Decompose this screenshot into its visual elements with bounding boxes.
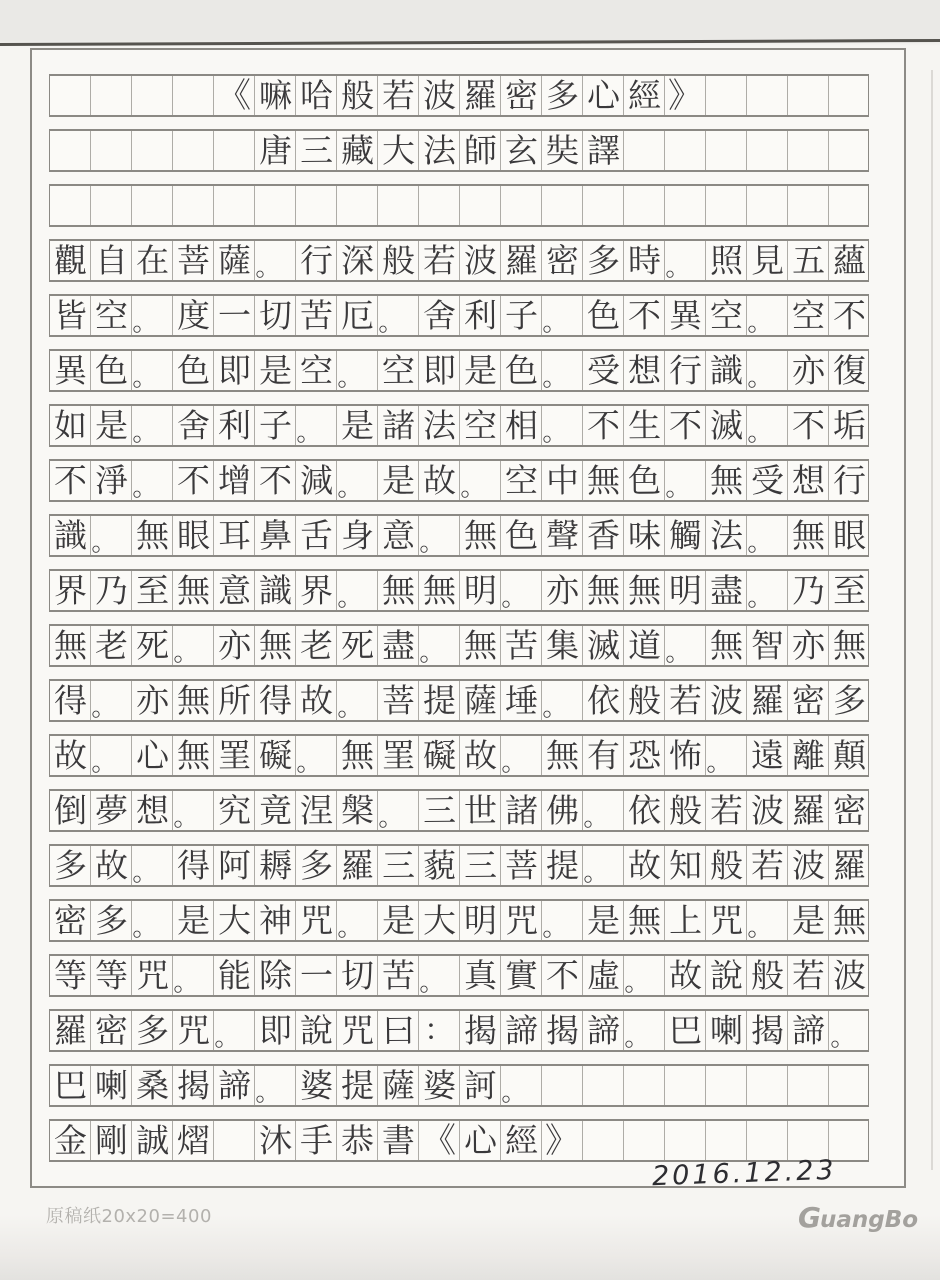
grid-cell: 密: [829, 791, 870, 830]
grid-cell: 色: [624, 461, 665, 500]
grid-cell: 《: [214, 76, 255, 115]
handwritten-char: 羅: [504, 244, 537, 277]
grid-cell: 五: [788, 241, 829, 280]
handwritten-char: 乃: [94, 574, 127, 607]
handwritten-char: 怖: [668, 739, 701, 772]
handwritten-char: 厄: [340, 299, 373, 332]
handwritten-char: 恭: [340, 1124, 373, 1157]
grid-cell: 受: [583, 351, 624, 390]
handwritten-char: 淨: [94, 464, 127, 497]
grid-cell: 。: [337, 461, 378, 500]
grid-row: 無老死。亦無老死盡。無苦集滅道。無智亦無: [49, 624, 869, 667]
handwritten-char: 恐: [627, 739, 660, 772]
handwritten-char: 若: [381, 79, 414, 112]
grid-cell: 薩: [378, 1066, 419, 1105]
handwritten-char: 熠: [176, 1124, 209, 1157]
handwritten-char: 識: [53, 519, 86, 552]
handwritten-char: 無: [833, 629, 866, 662]
handwritten-char: 死: [340, 629, 373, 662]
grid-cell: [542, 1066, 583, 1105]
handwritten-char: 般: [340, 79, 373, 112]
handwritten-char: 想: [627, 354, 660, 387]
handwritten-char: 是: [463, 354, 496, 387]
handwritten-char: 得: [53, 684, 86, 717]
grid-cell: 薩: [460, 681, 501, 720]
handwritten-char: 世: [463, 794, 496, 827]
grid-cell: 若: [665, 681, 706, 720]
handwritten-char: 無: [176, 739, 209, 772]
handwritten-char: 自: [94, 244, 127, 277]
grid-cell: 。: [132, 296, 173, 335]
grid-cell: 多: [542, 76, 583, 115]
handwritten-char: 復: [833, 354, 866, 387]
grid-cell: 得: [50, 681, 91, 720]
grid-cell: [706, 186, 747, 225]
handwritten-char: 。: [91, 695, 117, 721]
grid-cell: [132, 131, 173, 170]
handwritten-char: 羅: [791, 794, 824, 827]
handwritten-char: 亦: [791, 354, 824, 387]
handwritten-char: 切: [340, 959, 373, 992]
handwritten-char: 。: [665, 255, 691, 281]
page-top-edge-line: [0, 39, 940, 46]
handwritten-char: 波: [791, 849, 824, 882]
grid-cell: 界: [50, 571, 91, 610]
grid-cell: 無: [337, 736, 378, 775]
handwritten-char: 顛: [833, 739, 866, 772]
handwritten-char: 故: [422, 464, 455, 497]
handwritten-char: 真: [463, 959, 496, 992]
handwritten-char: 提: [422, 684, 455, 717]
grid-cell: 波: [829, 956, 870, 995]
grid-cell: 密: [788, 681, 829, 720]
handwritten-char: 界: [53, 574, 86, 607]
grid-cell: 皆: [50, 296, 91, 335]
grid-cell: 不: [173, 461, 214, 500]
grid-cell: 法: [706, 516, 747, 555]
grid-cell: 滅: [706, 406, 747, 445]
handwritten-char: 剛: [94, 1124, 127, 1157]
grid-cell: 至: [132, 571, 173, 610]
grid-cell: 無: [829, 626, 870, 665]
handwritten-char: 離: [791, 739, 824, 772]
grid-cell: 三: [378, 846, 419, 885]
grid-cell: 見: [747, 241, 788, 280]
handwritten-char: 觸: [668, 519, 701, 552]
handwritten-char: 亦: [791, 629, 824, 662]
handwritten-char: 至: [135, 574, 168, 607]
handwritten-char: 鼻: [258, 519, 291, 552]
handwritten-char: 故: [94, 849, 127, 882]
grid-cell: 想: [788, 461, 829, 500]
grid-cell: 遠: [747, 736, 788, 775]
grid-cell: [624, 1066, 665, 1105]
handwritten-char: 波: [750, 794, 783, 827]
grid-cell: 中: [542, 461, 583, 500]
handwritten-char: 不: [53, 464, 86, 497]
grid-cell: 耨: [255, 846, 296, 885]
handwritten-char: 般: [668, 794, 701, 827]
grid-cell: 無: [583, 571, 624, 610]
grid-cell: 。: [173, 791, 214, 830]
handwritten-char: 在: [135, 244, 168, 277]
handwritten-char: 。: [419, 640, 445, 666]
grid-cell: 》: [665, 76, 706, 115]
grid-cell: 薩: [214, 241, 255, 280]
handwritten-char: 識: [709, 354, 742, 387]
grid-cell: 滅: [583, 626, 624, 665]
grid-cell: 提: [337, 1066, 378, 1105]
handwritten-char: 。: [542, 365, 568, 391]
grid-cell: 罣: [214, 736, 255, 775]
grid-cell: 。: [665, 626, 706, 665]
grid-cell: ：: [419, 1011, 460, 1050]
handwritten-char: 受: [586, 354, 619, 387]
grid-cell: 色: [501, 351, 542, 390]
handwritten-char: 喇: [709, 1014, 742, 1047]
grid-cell: 羅: [50, 1011, 91, 1050]
handwritten-char: 法: [422, 134, 455, 167]
grid-cell: 若: [706, 791, 747, 830]
grid-cell: 。: [747, 296, 788, 335]
handwritten-char: 提: [545, 849, 578, 882]
grid-cell: 說: [296, 1011, 337, 1050]
handwritten-char: 訶: [463, 1069, 496, 1102]
grid-cell: 揭: [542, 1011, 583, 1050]
grid-cell: 藐: [419, 846, 460, 885]
grid-cell: 。: [296, 406, 337, 445]
grid-cell: [460, 186, 501, 225]
handwritten-char: 。: [501, 585, 527, 611]
grid-cell: 嘛: [255, 76, 296, 115]
grid-cell: 。: [337, 351, 378, 390]
grid-cell: 。: [132, 461, 173, 500]
handwritten-char: 法: [709, 519, 742, 552]
grid-cell: 。: [132, 406, 173, 445]
grid-cell: 究: [214, 791, 255, 830]
handwritten-char: 故: [463, 739, 496, 772]
handwritten-char: 手: [299, 1124, 332, 1157]
grid-cell: 等: [50, 956, 91, 995]
grid-cell: [583, 186, 624, 225]
grid-cell: 。: [542, 351, 583, 390]
handwritten-char: 色: [94, 354, 127, 387]
handwritten-char: 想: [791, 464, 824, 497]
grid-cell: 礙: [255, 736, 296, 775]
handwritten-char: 色: [586, 299, 619, 332]
grid-cell: 一: [214, 296, 255, 335]
grid-cell: 上: [665, 901, 706, 940]
handwritten-char: 羅: [750, 684, 783, 717]
grid-cell: 生: [624, 406, 665, 445]
grid-cell: 是: [460, 351, 501, 390]
grid-cell: 。: [665, 241, 706, 280]
grid-cell: 師: [460, 131, 501, 170]
grid-cell: 恭: [337, 1121, 378, 1160]
manuscript-photo: 《嘛哈般若波羅密多心經》唐三藏大法師玄奘譯觀自在菩薩。行深般若波羅密多時。照見五…: [0, 0, 940, 1280]
grid-cell: 。: [419, 516, 460, 555]
grid-cell: [255, 186, 296, 225]
grid-row: 《嘛哈般若波羅密多心經》: [49, 74, 869, 117]
handwritten-char: 。: [624, 970, 650, 996]
grid-cell: 所: [214, 681, 255, 720]
grid-cell: [214, 1121, 255, 1160]
handwritten-char: 意: [217, 574, 250, 607]
handwritten-char: 密: [94, 1014, 127, 1047]
grid-cell: 諦: [788, 1011, 829, 1050]
grid-cell: 。: [91, 736, 132, 775]
grid-cell: 味: [624, 516, 665, 555]
handwritten-char: 波: [833, 959, 866, 992]
grid-cell: 菩: [501, 846, 542, 885]
grid-cell: 蘊: [829, 241, 870, 280]
handwritten-char: 大: [217, 904, 250, 937]
grid-cell: 無: [706, 461, 747, 500]
handwritten-char: 婆: [299, 1069, 332, 1102]
handwritten-char: 。: [337, 915, 363, 941]
grid-cell: 老: [91, 626, 132, 665]
handwritten-char: 見: [750, 244, 783, 277]
handwritten-char: 異: [53, 354, 86, 387]
grid-cell: 咒: [296, 901, 337, 940]
handwritten-char: 切: [258, 299, 291, 332]
grid-cell: 手: [296, 1121, 337, 1160]
grid-cell: 色: [91, 351, 132, 390]
grid-cell: 盡: [378, 626, 419, 665]
handwritten-char: 等: [53, 959, 86, 992]
grid-cell: 耳: [214, 516, 255, 555]
grid-cell: 。: [337, 681, 378, 720]
handwritten-char: 相: [504, 409, 537, 442]
handwritten-char: 桑: [135, 1069, 168, 1102]
grid-cell: 。: [296, 736, 337, 775]
grid-row: 巴喇桑揭諦。婆提薩婆訶。: [49, 1064, 869, 1107]
grid-row: 羅密多咒。即說咒曰：揭諦揭諦。巴喇揭諦。: [49, 1009, 869, 1052]
handwritten-char: 提: [340, 1069, 373, 1102]
grid-cell: 三: [296, 131, 337, 170]
grid-cell: 桑: [132, 1066, 173, 1105]
handwritten-char: 。: [747, 915, 773, 941]
handwritten-char: 涅: [299, 794, 332, 827]
handwritten-char: 師: [463, 134, 496, 167]
grid-cell: 諦: [501, 1011, 542, 1050]
grid-cell: 婆: [296, 1066, 337, 1105]
handwritten-char: 多: [53, 849, 86, 882]
handwritten-char: 界: [299, 574, 332, 607]
grid-cell: [829, 131, 870, 170]
handwritten-char: 》: [545, 1123, 579, 1157]
grid-cell: 行: [665, 351, 706, 390]
handwritten-char: 無: [791, 519, 824, 552]
grid-cell: [747, 1066, 788, 1105]
grid-cell: 不: [542, 956, 583, 995]
grid-cell: 復: [829, 351, 870, 390]
grid-cell: 依: [624, 791, 665, 830]
handwritten-char: 經: [627, 79, 660, 112]
handwritten-char: 色: [504, 519, 537, 552]
grid-cell: 咒: [173, 1011, 214, 1050]
handwritten-char: 至: [833, 574, 866, 607]
grid-cell: 般: [378, 241, 419, 280]
grid-cell: 若: [788, 956, 829, 995]
grid-cell: 。: [501, 571, 542, 610]
grid-cell: 無: [132, 516, 173, 555]
grid-cell: 奘: [542, 131, 583, 170]
grid-cell: 。: [378, 296, 419, 335]
handwritten-char: 苦: [381, 959, 414, 992]
grid-cell: 鼻: [255, 516, 296, 555]
grid-cell: 空: [378, 351, 419, 390]
grid-cell: 依: [583, 681, 624, 720]
grid-cell: 無: [624, 901, 665, 940]
grid-cell: 不: [624, 296, 665, 335]
grid-cell: 槃: [337, 791, 378, 830]
grid-cell: 。: [419, 626, 460, 665]
handwritten-char: 諸: [381, 409, 414, 442]
handwritten-char: 無: [463, 519, 496, 552]
grid-cell: 明: [460, 571, 501, 610]
handwritten-char: 藐: [422, 849, 455, 882]
handwritten-char: 無: [176, 684, 209, 717]
handwritten-char: 密: [833, 794, 866, 827]
grid-cell: 般: [665, 791, 706, 830]
grid-cell: [296, 186, 337, 225]
handwritten-char: 意: [381, 519, 414, 552]
handwritten-char: 諦: [217, 1069, 250, 1102]
grid-cell: 是: [255, 351, 296, 390]
grid-cell: 咒: [501, 901, 542, 940]
handwritten-char: 空: [791, 299, 824, 332]
grid-cell: 。: [706, 736, 747, 775]
handwritten-char: 。: [665, 475, 691, 501]
grid-cell: 明: [460, 901, 501, 940]
grid-cell: 諸: [501, 791, 542, 830]
grid-cell: 子: [501, 296, 542, 335]
handwritten-char: 無: [627, 904, 660, 937]
handwritten-char: 多: [299, 849, 332, 882]
handwritten-char: 唐: [258, 134, 291, 167]
grid-cell: 羅: [747, 681, 788, 720]
grid-cell: 色: [583, 296, 624, 335]
grid-cell: 波: [788, 846, 829, 885]
handwritten-char: 中: [545, 464, 578, 497]
handwritten-char: 增: [217, 464, 250, 497]
grid-cell: [173, 76, 214, 115]
handwritten-char: 揭: [545, 1014, 578, 1047]
grid-cell: 。: [829, 1011, 870, 1050]
grid-cell: 涅: [296, 791, 337, 830]
handwritten-char: 薩: [381, 1069, 414, 1102]
grid-cell: [665, 186, 706, 225]
handwritten-char: 無: [176, 574, 209, 607]
handwritten-char: 譯: [586, 134, 619, 167]
handwritten-char: 色: [627, 464, 660, 497]
handwritten-char: 生: [627, 409, 660, 442]
grid-cell: 死: [337, 626, 378, 665]
handwritten-char: 倒: [53, 794, 86, 827]
handwritten-char: 密: [53, 904, 86, 937]
handwritten-char: 無: [586, 574, 619, 607]
handwritten-char: 。: [173, 640, 199, 666]
grid-cell: 識: [255, 571, 296, 610]
handwritten-char: 埵: [504, 684, 537, 717]
grid-cell: 。: [214, 1011, 255, 1050]
handwritten-char: 心: [586, 79, 619, 112]
handwritten-char: 不: [791, 409, 824, 442]
grid-cell: 般: [624, 681, 665, 720]
handwritten-char: 大: [381, 134, 414, 167]
grid-cell: 淨: [91, 461, 132, 500]
grid-cell: [829, 186, 870, 225]
handwritten-char: 度: [176, 299, 209, 332]
grid-cell: 實: [501, 956, 542, 995]
grid-cell: [665, 1121, 706, 1160]
grid-row: 等等咒。能除一切苦。真實不虛。故說般若波: [49, 954, 869, 997]
grid-cell: 意: [214, 571, 255, 610]
handwritten-char: 揭: [176, 1069, 209, 1102]
handwritten-char: 聲: [545, 519, 578, 552]
grid-cell: 巴: [50, 1066, 91, 1105]
handwritten-char: 老: [299, 629, 332, 662]
handwritten-char: 心: [463, 1124, 496, 1157]
grid-cell: 世: [460, 791, 501, 830]
grid-cell: 觸: [665, 516, 706, 555]
handwritten-char: 蘊: [833, 244, 866, 277]
handwritten-char: 波: [422, 79, 455, 112]
grid-cell: 喇: [706, 1011, 747, 1050]
grid-cell: 無: [460, 626, 501, 665]
grid-cell: 波: [460, 241, 501, 280]
grid-cell: 。: [255, 241, 296, 280]
grid-cell: 故: [91, 846, 132, 885]
handwritten-char: 罣: [217, 739, 250, 772]
handwritten-char: 《: [422, 1123, 456, 1157]
grid-cell: [337, 186, 378, 225]
grid-cell: 亦: [542, 571, 583, 610]
grid-cell: 離: [788, 736, 829, 775]
handwritten-char: 死: [135, 629, 168, 662]
grid-cell: [132, 186, 173, 225]
grid-cell: 識: [706, 351, 747, 390]
handwritten-char: 空: [709, 299, 742, 332]
grid-cell: 波: [706, 681, 747, 720]
handwritten-char: 。: [337, 695, 363, 721]
handwritten-char: 三: [299, 134, 332, 167]
handwritten-char: 《: [217, 78, 251, 112]
grid-cell: 心: [132, 736, 173, 775]
grid-cell: 無: [419, 571, 460, 610]
handwritten-char: 故: [668, 959, 701, 992]
grid-cell: 增: [214, 461, 255, 500]
handwritten-char: 藏: [340, 134, 373, 167]
grid-cell: 不: [829, 296, 870, 335]
grid-cell: 般: [706, 846, 747, 885]
handwritten-char: 波: [463, 244, 496, 277]
grid-cell: 想: [132, 791, 173, 830]
grid-cell: 故: [460, 736, 501, 775]
handwritten-char: 。: [255, 1080, 281, 1106]
grid-cell: 法: [419, 131, 460, 170]
handwritten-char: 盡: [381, 629, 414, 662]
handwritten-char: 一: [217, 299, 250, 332]
grid-cell: 。: [747, 516, 788, 555]
grid-cell: 色: [173, 351, 214, 390]
grid-cell: 是: [173, 901, 214, 940]
grid-cell: 不: [50, 461, 91, 500]
handwritten-char: 空: [463, 409, 496, 442]
grid-cell: [706, 1121, 747, 1160]
handwritten-char: 多: [586, 244, 619, 277]
